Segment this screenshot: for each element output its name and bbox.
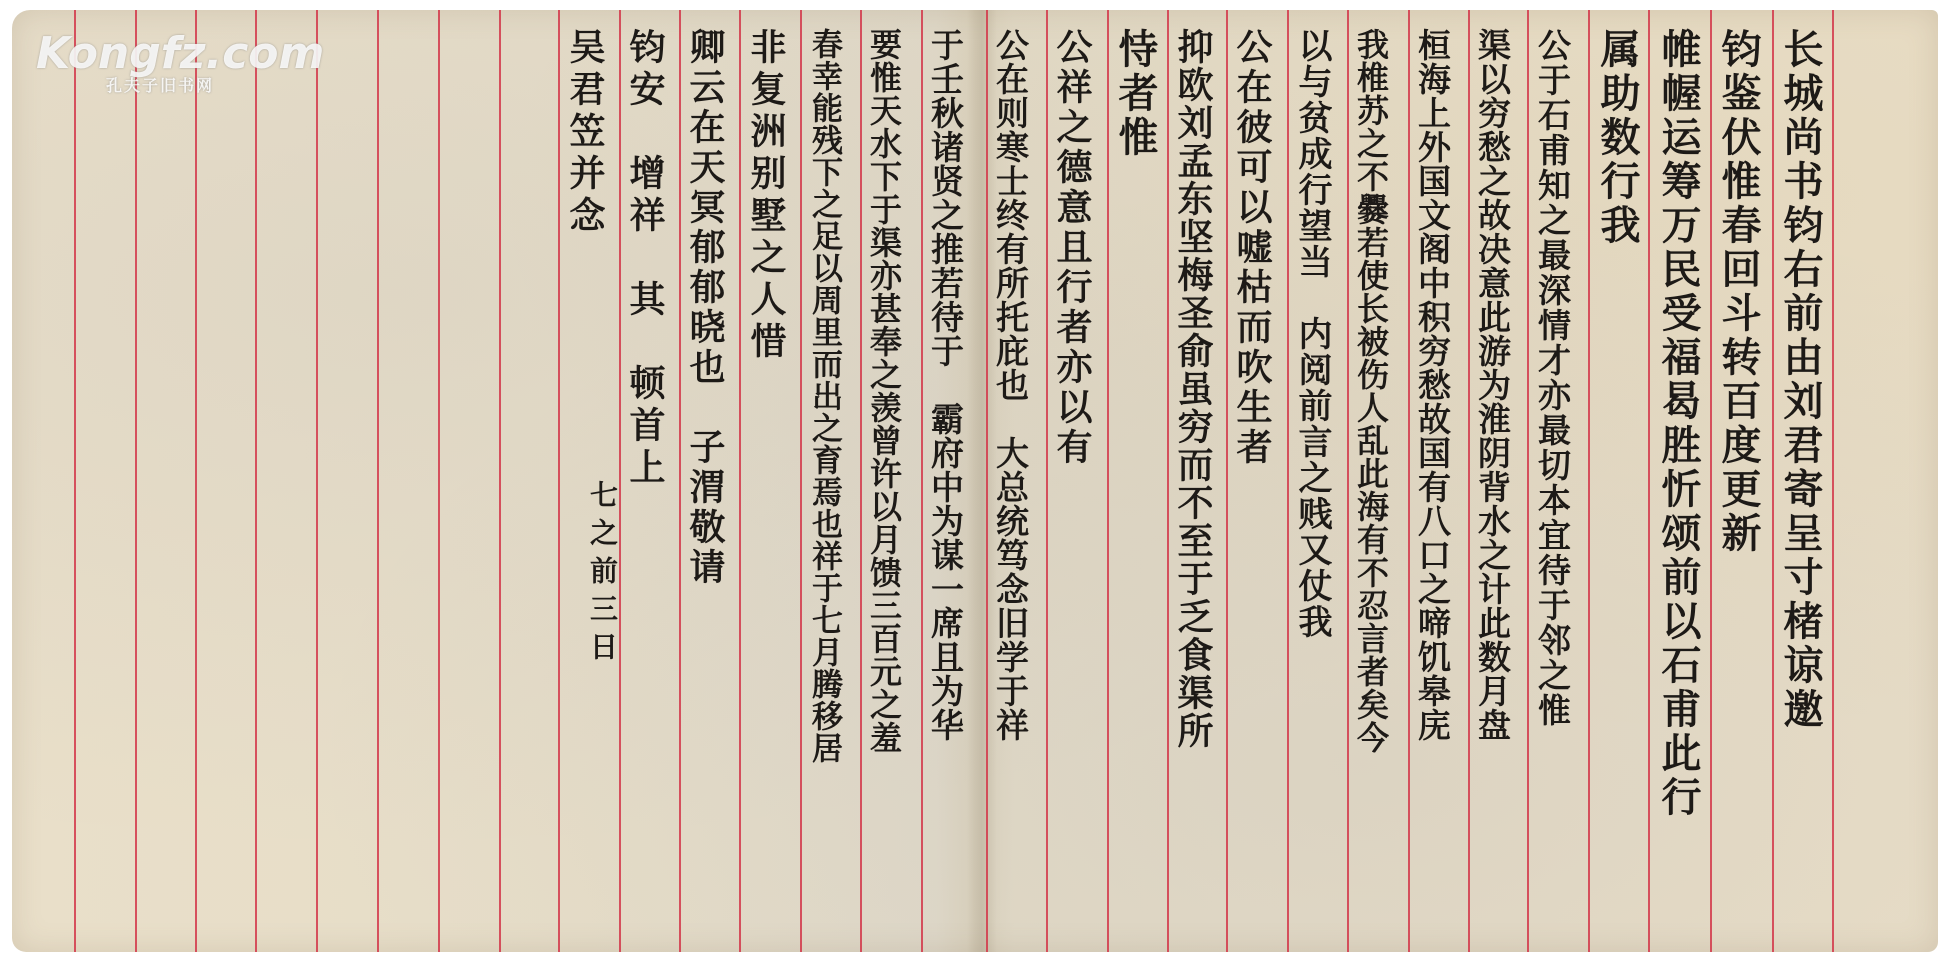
red-rule [1468, 10, 1470, 952]
text-column-2: 钧鉴伏惟春回斗转百度更新 [1718, 28, 1758, 556]
text-column-11: 抑欧刘孟东坚梅圣俞虽穷而不至于乏食渠所 [1175, 28, 1211, 750]
red-rule [135, 10, 137, 952]
red-rule [1408, 10, 1410, 952]
text-column-10: 公在彼可以嘘枯而吹生者 [1234, 28, 1270, 468]
red-rule [1710, 10, 1712, 952]
red-rule [558, 10, 560, 952]
text-column-12: 恃者惟 [1115, 28, 1155, 160]
red-rule [255, 10, 257, 952]
text-column-6: 渠以穷愁之故决意此游为淮阴背水之计此数月盘 [1476, 28, 1509, 742]
text-column-8: 我椎苏之不爨若使长被伤人乱此海有不忍言者矣今 [1355, 28, 1387, 754]
red-rule [1347, 10, 1349, 952]
red-rule [1527, 10, 1529, 952]
date-signature: 七之前三日 [588, 480, 616, 670]
red-rule [1588, 10, 1590, 952]
red-rule [438, 10, 440, 952]
text-column-16: 要惟天水下于渠亦甚奉之羡曾许以月馈三百元之羞 [868, 28, 900, 754]
red-rule [800, 10, 802, 952]
red-rule [739, 10, 741, 952]
letter-paper: Kongfz.com 孔夫子旧书网 长城尚书钧右前由刘君寄呈寸楮谅邀 钧鉴伏惟春… [12, 10, 1938, 952]
text-column-15: 于壬秋诸贤之推若待于 霸府中为谋一席且为华 [929, 28, 962, 742]
red-rule [860, 10, 862, 952]
red-rule [1046, 10, 1048, 952]
text-column-1: 长城尚书钧右前由刘君寄呈寸楮谅邀 [1780, 28, 1820, 732]
red-rule [679, 10, 681, 952]
red-rule [499, 10, 501, 952]
red-rule [195, 10, 197, 952]
text-column-5: 公于石甫知之最深情才亦最切本宜待于邻之惟 [1536, 28, 1569, 728]
text-column-14: 公在则寒士终有所托庇也 大总统笃念旧学于祥 [994, 28, 1027, 742]
red-rule [377, 10, 379, 952]
text-column-19: 卿云在天冥郁郁晓也 子渭敬请 [687, 28, 723, 588]
red-rule [986, 10, 988, 952]
text-column-9: 以与贫成行望当 内阅前言之贱又仗我 [1295, 28, 1329, 640]
text-column-3: 帷幄运筹万民受福曷胜忻颂前以石甫此行 [1658, 28, 1698, 820]
text-column-17: 春幸能残下之足以周里而出之育焉也祥于七月腾移居 [808, 28, 839, 764]
watermark-main: Kongfz.com [36, 28, 324, 79]
watermark-logo: Kongfz.com 孔夫子旧书网 [36, 28, 324, 96]
red-rule [1832, 10, 1834, 952]
red-rule [1167, 10, 1169, 952]
text-column-13: 公祥之德意且行者亦以有 [1054, 28, 1090, 468]
red-rule [1648, 10, 1650, 952]
red-rule [1772, 10, 1774, 952]
text-column-21: 吴君笠并念 [567, 28, 603, 238]
text-column-4: 属助数行我 [1597, 28, 1637, 248]
red-rule [921, 10, 923, 952]
red-rule [1107, 10, 1109, 952]
text-column-20: 钧安 增祥 其 顿首上 [627, 28, 663, 490]
red-rule [619, 10, 621, 952]
text-column-18: 非复洲别墅之人惜 [748, 28, 784, 364]
text-column-7: 桓海上外国文阁中积穷愁故国有八口之啼饥皋庑 [1416, 28, 1449, 742]
red-rule [1226, 10, 1228, 952]
red-rule [316, 10, 318, 952]
red-rule [1287, 10, 1289, 952]
red-rule [74, 10, 76, 952]
